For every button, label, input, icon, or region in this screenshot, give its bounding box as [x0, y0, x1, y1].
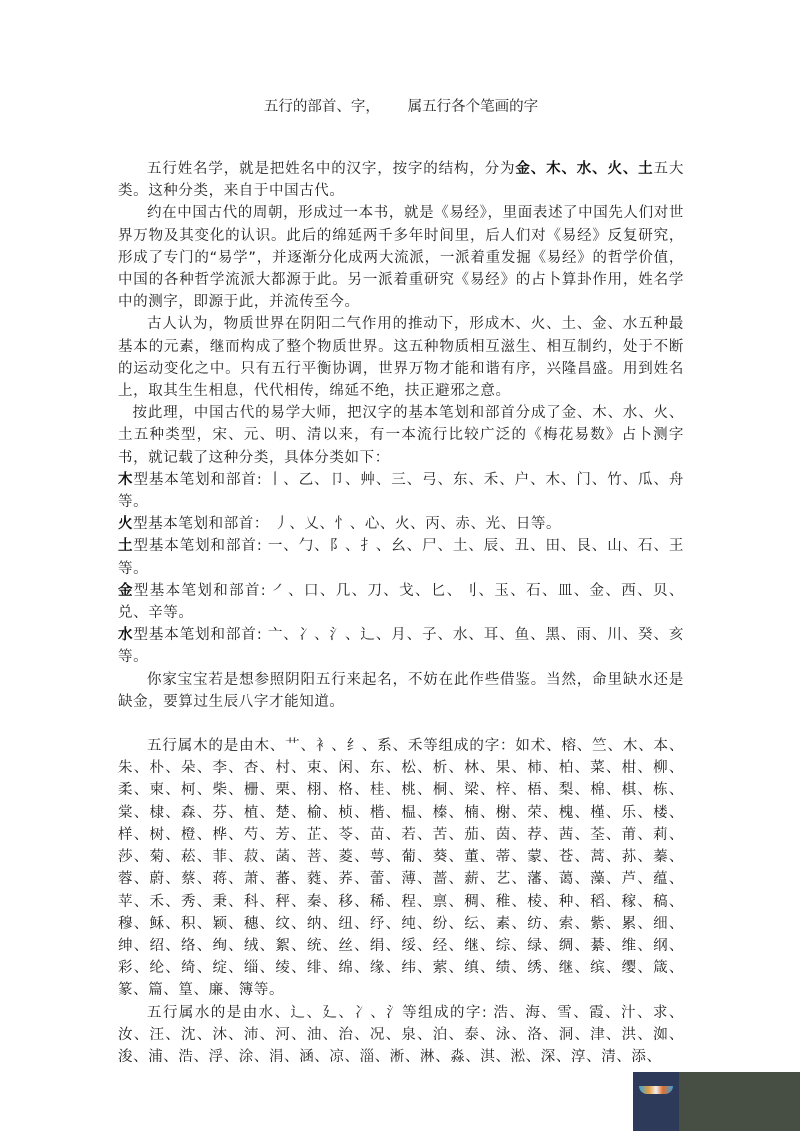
- thumbnail-image: [633, 1072, 679, 1131]
- radical-type-earth: 土型基本笔划和部首: 一、勹、阝、扌、幺、尸、土、辰、丑、田、艮、山、石、王等。: [118, 535, 684, 579]
- intro-paragraph: 五行姓名学，就是把姓名中的汉字，按字的结构，分为金、木、水、火、土五大类。这种分…: [118, 158, 684, 202]
- intro-prefix: 五行姓名学，就是把姓名中的汉字，按字的结构，分为: [147, 161, 515, 177]
- paragraph-ancients: 古人认为，物质世界在阴阳二气作用的推动下，形成木、火、土、金、水五种最基本的元素…: [118, 313, 684, 402]
- advice-paragraph: 你家宝宝若是想参照阴阳五行来起名，不妨在此作些借鉴。当然，命里缺水还是缺金，要算…: [118, 669, 684, 713]
- element-label: 土: [118, 538, 133, 554]
- radical-type-fire: 火型基本笔划和部首： 丿、乂、忄、心、火、丙、赤、光、日等。: [118, 513, 684, 535]
- corner-thumbnail-widget[interactable]: [633, 1072, 800, 1131]
- radical-label: 型基本笔划和部首:: [134, 583, 266, 599]
- element-label: 木: [118, 472, 133, 488]
- radical-type-water: 水型基本笔划和部首: 亠、冫、氵、辶、月、子、水、耳、鱼、黑、雨、川、癸、亥等。: [118, 624, 684, 668]
- radical-label: 型基本笔划和部首:: [133, 472, 262, 488]
- radical-type-metal: 金型基本笔划和部首: ㇒、口、几、刀、戈、匕、刂、玉、石、皿、金、西、贝、兑、辛…: [118, 580, 684, 624]
- paragraph-classification: 按此理，中国古代的易学大师，把汉字的基本笔划和部首分成了金、木、水、火、土五种类…: [118, 402, 684, 469]
- document-body: 五行姓名学，就是把姓名中的汉字，按字的结构，分为金、木、水、火、土五大类。这种分…: [118, 158, 684, 1068]
- element-label: 金: [118, 583, 134, 599]
- water-characters-paragraph: 五行属水的是由水、辶、廴、冫、氵等组成的字: 浩、海、雪、霞、汁、求、汝、汪、沈…: [118, 1002, 684, 1069]
- element-label: 火: [118, 516, 133, 532]
- radical-type-wood: 木型基本笔划和部首: 丨、乙、卩、艸、三、弓、东、禾、户、木、门、竹、瓜、舟等。: [118, 469, 684, 513]
- wood-characters-paragraph: 五行属木的是由木、艹、衤、纟、系、禾等组成的字：如术、榕、竺、木、本、朱、朴、朵…: [118, 735, 684, 1001]
- paragraph-yijing: 约在中国古代的周朝，形成过一本书，就是《易经》，里面表述了中国先人们对世界万物及…: [118, 202, 684, 313]
- paragraph-spacer: [118, 713, 684, 735]
- radical-label: 型基本笔划和部首：: [133, 516, 269, 532]
- document-title: 五行的部首、字， 属五行各个笔画的字: [118, 97, 684, 117]
- five-elements-bold: 金、木、水、火、土: [515, 161, 653, 177]
- element-label: 水: [118, 627, 133, 643]
- radical-label: 型基本笔划和部首:: [133, 627, 262, 643]
- radical-items: 丿、乂、忄、心、火、丙、赤、光、日等。: [269, 516, 561, 532]
- radical-label: 型基本笔划和部首:: [133, 538, 262, 554]
- boat-icon: [639, 1086, 673, 1094]
